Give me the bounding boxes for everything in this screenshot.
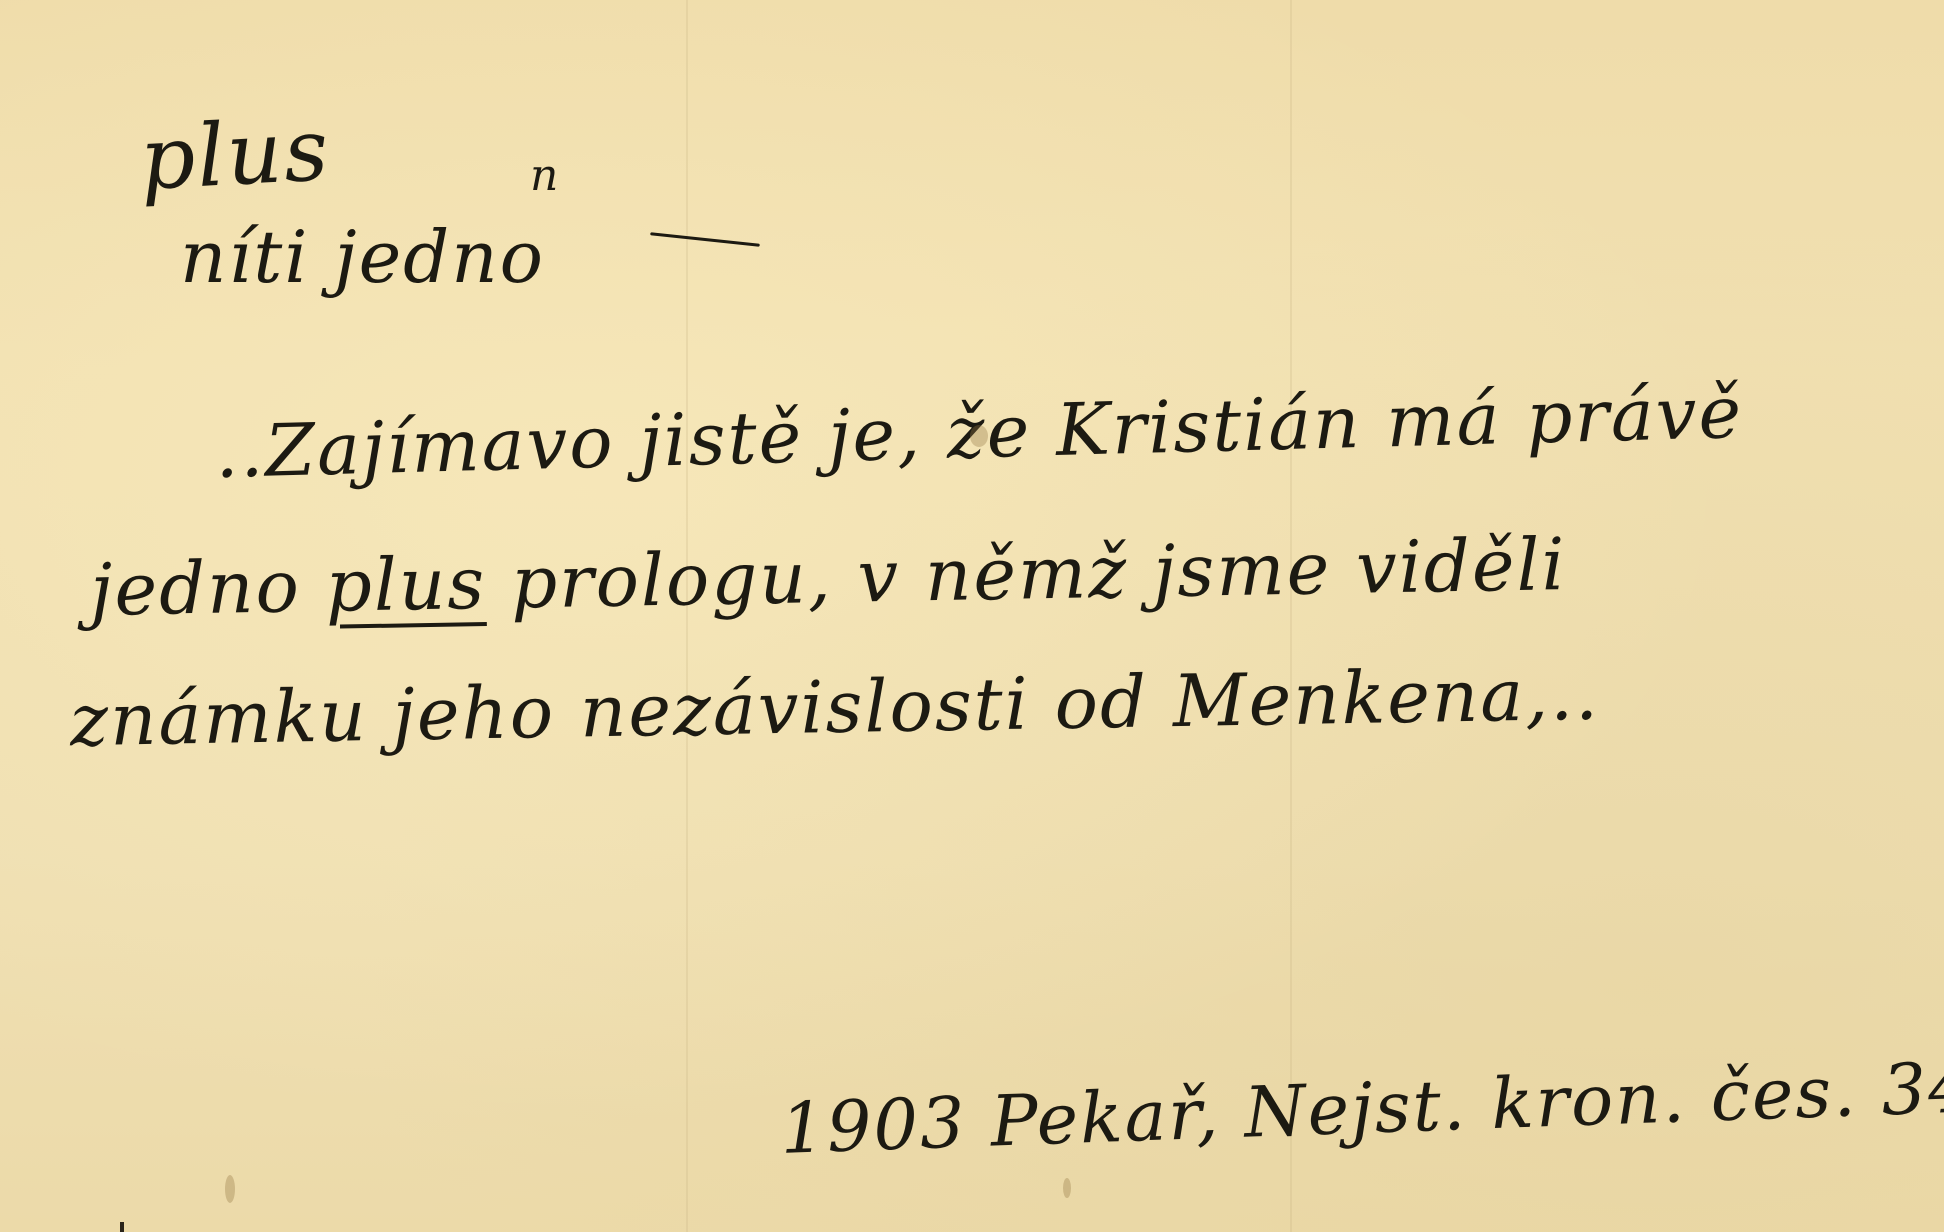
sense-subheading: níti jedno bbox=[180, 215, 545, 299]
paper-stain bbox=[970, 425, 988, 447]
quotation-emphasis-underlined: plus bbox=[325, 541, 487, 628]
headword: plus bbox=[138, 100, 333, 210]
quotation-line-3: známku jeho nezávislosti od Menkena,.. bbox=[69, 652, 1600, 763]
paper-fold-line bbox=[1290, 0, 1292, 1232]
paper-stain bbox=[1063, 1178, 1071, 1198]
headword-grammar-mark: n bbox=[530, 150, 560, 201]
headword-repeat-dash bbox=[650, 232, 760, 246]
quotation-text: prologu, v němž jsme viděli bbox=[485, 522, 1567, 625]
edge-ink-mark bbox=[120, 1222, 124, 1232]
quotation-line-2: jedno plus prologu, v němž jsme viděli bbox=[89, 522, 1567, 632]
quotation-text: jedno bbox=[89, 544, 326, 632]
lexicon-slip-card: plus n níti jedno ..Zajímavo jistě je, ž… bbox=[0, 0, 1944, 1232]
paper-stain bbox=[225, 1175, 235, 1203]
source-citation: 1903 Pekař, Nejst. kron. čes. 34. 6. bbox=[779, 1042, 1944, 1170]
